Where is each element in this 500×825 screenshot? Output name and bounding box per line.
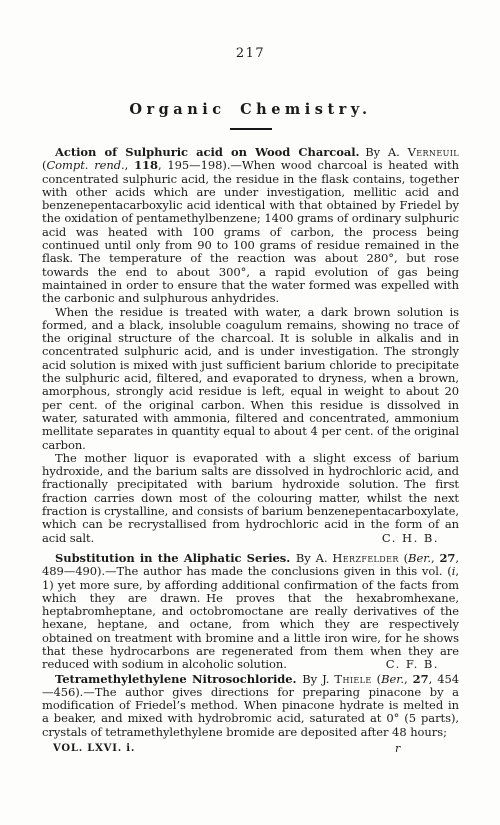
paragraph-text: Tetramethylethylene Nitrosochloride. By … (42, 672, 459, 739)
page-number: 217 (42, 46, 459, 61)
paragraph: Action of Sulphuric acid on Wood Charcoa… (42, 146, 459, 306)
abstractor-initials: C. H. B. (369, 532, 439, 545)
article-substitution-aliphatic-series: Substitution in the Aliphatic Series. By… (42, 552, 459, 672)
paragraph: When the residue is treated with water, … (42, 306, 459, 452)
paragraph-text: Action of Sulphuric acid on Wood Charcoa… (42, 145, 459, 305)
abstractor-initials: C. F. B. (373, 658, 439, 671)
paragraph: Tetramethylethylene Nitrosochloride. By … (42, 673, 459, 739)
journal-page: 217 Organic Chemistry. Action of Sulphur… (0, 0, 500, 825)
printers-signature-mark: r (395, 742, 400, 755)
article-tetramethylethylene-nitrosochloride: Tetramethylethylene Nitrosochloride. By … (42, 673, 459, 739)
page-footer: VOL. LXVI. i. r (42, 742, 459, 756)
paragraph: The mother liquor is evaporated with a s… (42, 452, 459, 545)
paragraph-text: Substitution in the Aliphatic Series. By… (42, 551, 459, 671)
paragraph: Substitution in the Aliphatic Series. By… (42, 552, 459, 672)
abstracts-column: Action of Sulphuric acid on Wood Charcoa… (42, 146, 459, 739)
paragraph-text: The mother liquor is evaporated with a s… (42, 451, 459, 545)
volume-label: VOL. LXVI. i. (53, 742, 135, 755)
paragraph-text: When the residue is treated with water, … (42, 305, 459, 452)
section-title: Organic Chemistry. (42, 101, 459, 118)
article-sulphuric-acid-wood-charcoal: Action of Sulphuric acid on Wood Charcoa… (42, 146, 459, 545)
section-divider-rule (230, 128, 272, 130)
